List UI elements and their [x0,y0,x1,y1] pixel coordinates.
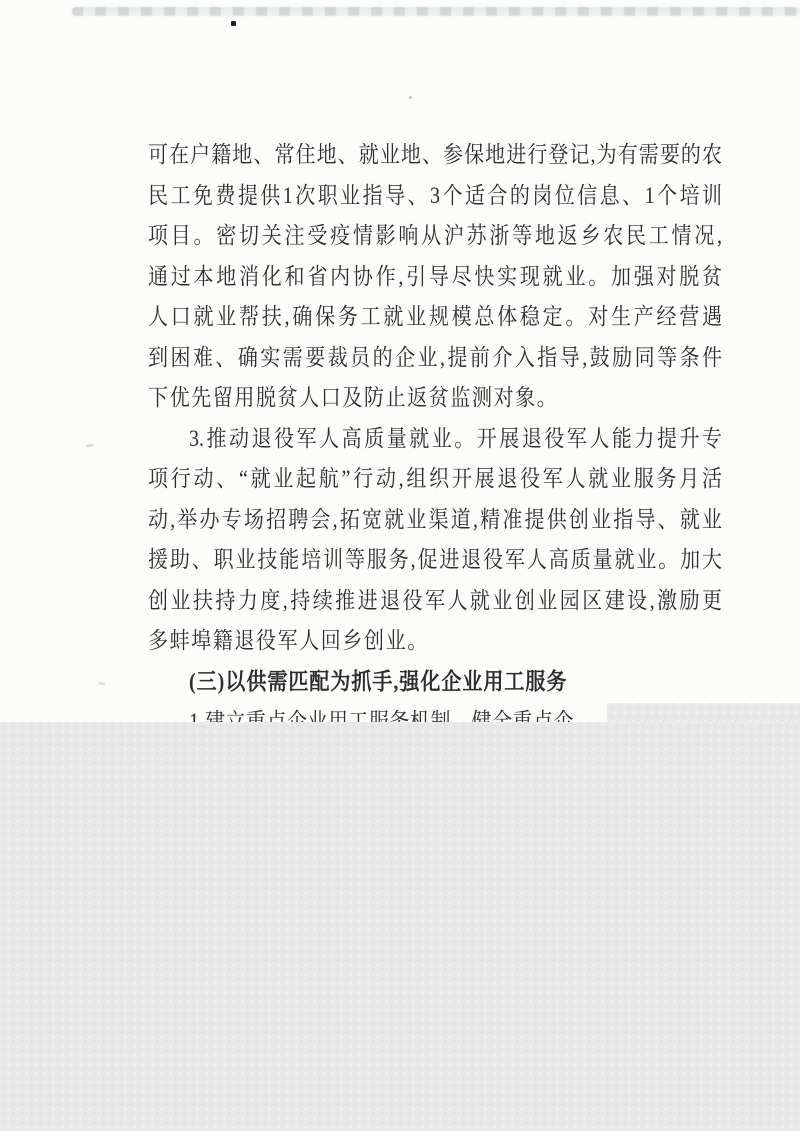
text-line-3: 项目。密切关注受疫情影响从沪苏浙等地返乡农民工情况, [148,213,722,260]
text-line-5: 人口就业帮扶,确保务工就业规模总体稳定。对生产经营遇 [148,294,722,341]
scan-artifact-streak [72,7,800,16]
text-line-7: 下优先留用脱贫人口及防止返贫监测对象。 [148,375,722,422]
text-line-9: 项行动、“就业起航”行动,组织开展退役军人就业服务月活 [148,456,722,503]
scan-artifact-dot [409,96,412,99]
text-line-1: 可在户籍地、常住地、就业地、参保地进行登记,为有需要的农 [148,132,722,179]
scanned-page: 可在户籍地、常住地、就业地、参保地进行登记,为有需要的农 民工免费提供1次职业指… [0,0,800,1131]
scan-artifact-smudge [86,443,94,448]
scanner-backing-step [607,703,800,723]
scan-artifact-smudge [98,682,105,686]
text-line-11: 援助、职业技能培训等服务,促进退役军人高质量就业。加大 [148,537,722,584]
document-body: 可在户籍地、常住地、就业地、参保地进行登记,为有需要的农 民工免费提供1次职业指… [148,135,722,743]
scanner-backing-block [0,722,800,1131]
text-line-13: 多蚌埠籍退役军人回乡创业。 [148,618,722,665]
scan-artifact-dot [231,21,236,26]
